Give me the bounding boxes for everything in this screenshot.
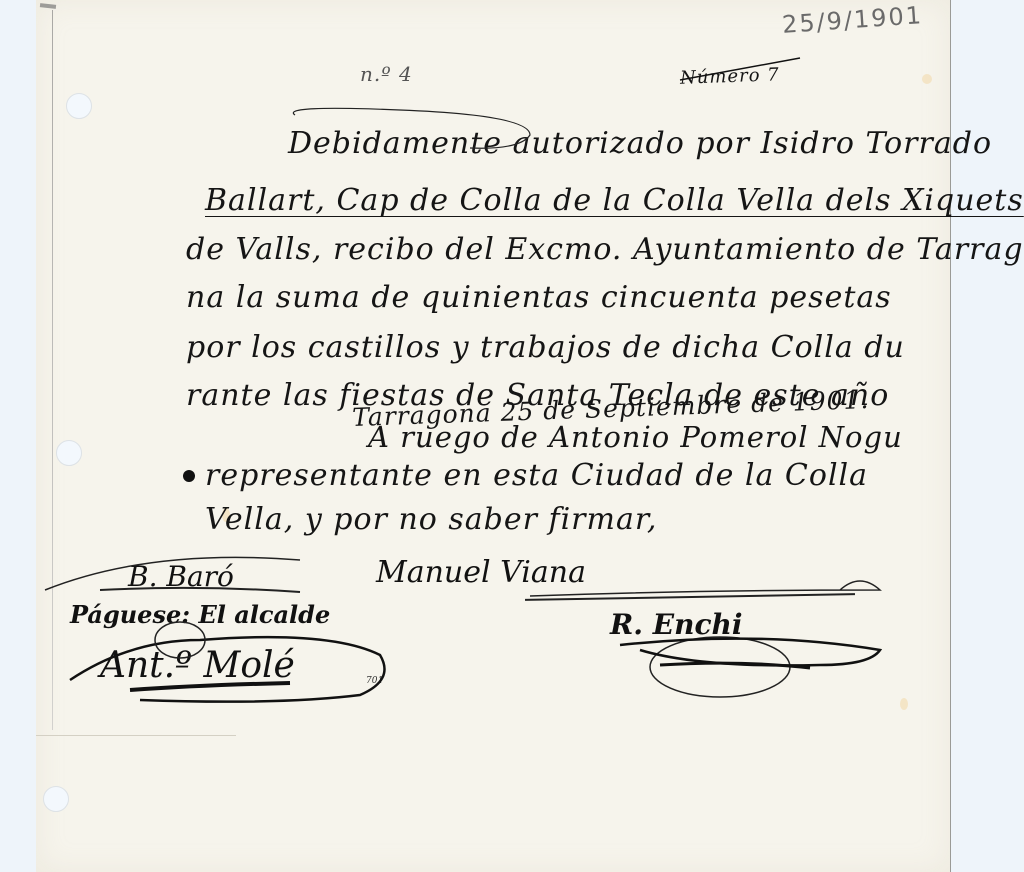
punch-hole-icon [43, 786, 69, 812]
punch-hole-icon [66, 93, 92, 119]
body-line-4: na la suma de quinientas cincuenta peset… [186, 280, 892, 315]
body-line-3: de Valls, recibo del Excmo. Ayuntamiento… [186, 232, 1024, 267]
body-line-5: por los castillos y trabajos de dicha Co… [186, 330, 905, 365]
body-line-2: Ballart, Cap de Colla de la Colla Vella … [205, 183, 1024, 218]
sheet-fold-line [52, 10, 53, 730]
tiny-note: 701 [366, 676, 383, 686]
paper-stain [900, 698, 908, 710]
body-line-9: representante en esta Ciudad de la Colla [205, 458, 868, 493]
numero-label: Número 7 [680, 64, 780, 88]
reference-mark: n.º 4 [360, 62, 413, 86]
signature-mole: Ant.º Molé [100, 645, 295, 686]
signature-rubric-right: R. Enchi [610, 608, 743, 641]
paper-stain [922, 74, 932, 84]
body-line-8: A ruego de Antonio Pomerol Nogu [368, 420, 903, 454]
body-line-1: Debidamente autorizado por Isidro Torrad… [288, 126, 992, 161]
signature-baro: B. Baró [128, 560, 234, 593]
ink-blot [183, 470, 195, 482]
punch-hole-icon [56, 440, 82, 466]
signature-manuel: Manuel Viana [376, 555, 586, 590]
underlying-sheet-edge [36, 735, 236, 736]
body-line-10: Vella, y por no saber firmar, [205, 502, 657, 537]
approval-pagues: Páguese: El alcalde [70, 600, 330, 629]
